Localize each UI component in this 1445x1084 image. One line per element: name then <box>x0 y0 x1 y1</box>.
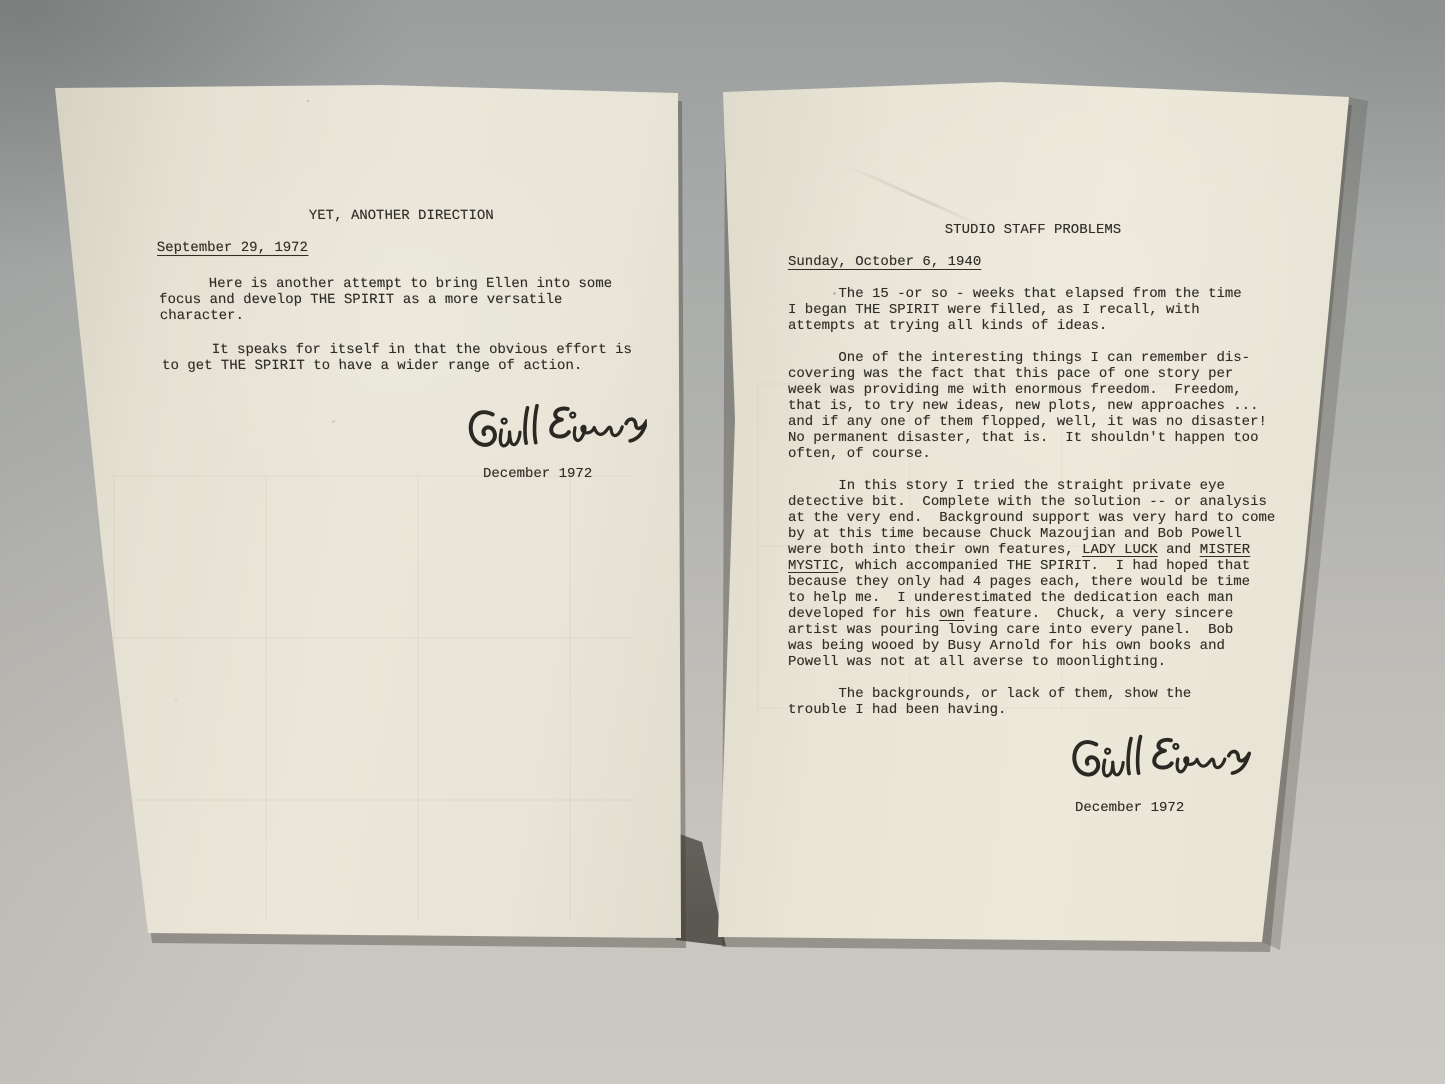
paper-speck <box>307 100 309 102</box>
typed-line: character. <box>160 308 653 324</box>
typed-line: by at this time because Chuck Mazoujian … <box>788 526 1278 542</box>
typed-line: artist was pouring loving care into ever… <box>788 622 1278 638</box>
typed-line: It speaks for itself in that the obvious… <box>161 342 654 358</box>
typed-text-left: YET, ANOTHER DIRECTION September 29, 197… <box>155 208 655 392</box>
typed-page-right: STUDIO STAFF PROBLEMS Sunday, October 6,… <box>715 78 1363 946</box>
paragraphs: The 15 -or so - weeks that elapsed from … <box>788 286 1278 718</box>
paragraph: In this story I tried the straight priva… <box>788 478 1278 670</box>
photo-two-typed-eisner-pages: YET, ANOTHER DIRECTION September 29, 197… <box>0 0 1445 1084</box>
will-eisner-signature <box>461 391 648 465</box>
typed-line: In this story I tried the straight priva… <box>788 478 1278 494</box>
dateline: September 29, 1972 <box>156 240 649 256</box>
paragraph: The backgrounds, or lack of them, show t… <box>788 686 1278 718</box>
panel-bleedthrough <box>113 475 633 920</box>
typed-line: Powell was not at all averse to moonligh… <box>788 654 1278 670</box>
page-title: YET, ANOTHER DIRECTION <box>155 208 648 224</box>
typed-line: The 15 -or so - weeks that elapsed from … <box>788 286 1278 302</box>
signature-date: December 1972 <box>1075 800 1184 816</box>
typed-line: were both into their own features, LADY … <box>788 542 1278 558</box>
typed-line: The backgrounds, or lack of them, show t… <box>788 686 1278 702</box>
typed-line: often, of course. <box>788 446 1278 462</box>
typed-line: No permanent disaster, that is. It shoul… <box>788 430 1278 446</box>
signature-date: December 1972 <box>483 466 592 482</box>
typed-line: I began THE SPIRIT were filled, as I rec… <box>788 302 1278 318</box>
typed-line: Here is another attempt to bring Ellen i… <box>158 276 651 292</box>
typed-text-right: STUDIO STAFF PROBLEMS Sunday, October 6,… <box>788 222 1278 734</box>
paragraph: The 15 -or so - weeks that elapsed from … <box>788 286 1278 334</box>
typed-line: to help me. I underestimated the dedicat… <box>788 590 1278 606</box>
typed-line: MYSTIC, which accompanied THE SPIRIT. I … <box>788 558 1278 574</box>
typed-line: because they only had 4 pages each, ther… <box>788 574 1278 590</box>
typed-page-left: YET, ANOTHER DIRECTION September 29, 197… <box>55 80 685 940</box>
typed-line: week was providing me with enormous free… <box>788 382 1278 398</box>
paragraph: One of the interesting things I can reme… <box>788 350 1278 462</box>
typed-line: detective bit. Complete with the solutio… <box>788 494 1278 510</box>
typed-line: to get THE SPIRIT to have a wider range … <box>162 358 655 374</box>
paper-speck <box>332 420 335 423</box>
paper-speck <box>175 700 177 702</box>
paragraph: Here is another attempt to bring Ellen i… <box>158 276 652 324</box>
typed-line: trouble I had been having. <box>788 702 1278 718</box>
will-eisner-signature <box>1050 724 1266 793</box>
typed-line: that is, to try new ideas, new plots, ne… <box>788 398 1278 414</box>
typed-line: and if any one of them flopped, well, it… <box>788 414 1278 430</box>
typed-line: covering was the fact that this pace of … <box>788 366 1278 382</box>
paragraphs: Here is another attempt to bring Ellen i… <box>158 276 654 374</box>
page-title: STUDIO STAFF PROBLEMS <box>788 222 1278 238</box>
typed-line: focus and develop THE SPIRIT as a more v… <box>159 292 652 308</box>
typed-line: developed for his own feature. Chuck, a … <box>788 606 1278 622</box>
typed-line: attempts at trying all kinds of ideas. <box>788 318 1278 334</box>
typed-line: One of the interesting things I can reme… <box>788 350 1278 366</box>
typed-line: at the very end. Background support was … <box>788 510 1278 526</box>
dateline: Sunday, October 6, 1940 <box>788 254 1278 270</box>
paragraph: It speaks for itself in that the obvious… <box>161 342 654 374</box>
typed-line: was being wooed by Busy Arnold for his o… <box>788 638 1278 654</box>
